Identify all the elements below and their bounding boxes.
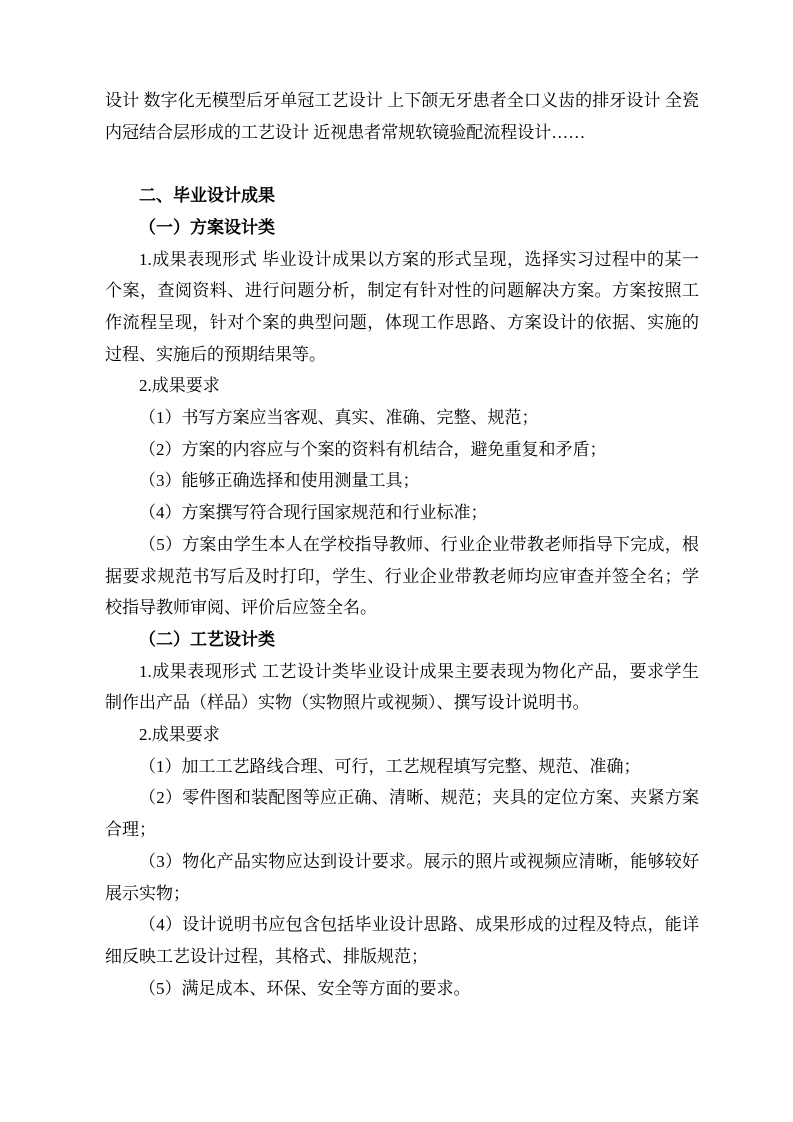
paragraph: 1.成果表现形式 工艺设计类毕业设计成果主要表现为物化产品，要求学生制作出产品（… [105,656,699,719]
section-heading: （二）工艺设计类 [105,624,699,656]
section-heading: （一）方案设计类 [105,212,699,244]
document-body: 设计 数字化无模型后牙单冠工艺设计 上下颌无牙患者全口义齿的排牙设计 全瓷内冠结… [105,85,699,1004]
paragraph: （1）加工工艺路线合理、可行，工艺规程填写完整、规范、准确； [105,751,699,783]
paragraph: 2.成果要求 [105,370,699,402]
paragraph: （5）方案由学生本人在学校指导教师、行业企业带教老师指导下完成，根据要求规范书写… [105,529,699,624]
blank-line [105,148,699,180]
paragraph: （2）方案的内容应与个案的资料有机结合，避免重复和矛盾； [105,434,699,466]
paragraph: 1.成果表现形式 毕业设计成果以方案的形式呈现，选择实习过程中的某一个案，查阅资… [105,244,699,371]
section-heading: 二、毕业设计成果 [105,180,699,212]
paragraph: （4）方案撰写符合现行国家规范和行业标准； [105,497,699,529]
paragraph: （3）能够正确选择和使用测量工具； [105,465,699,497]
paragraph: （3）物化产品实物应达到设计要求。展示的照片或视频应清晰，能够较好展示实物； [105,846,699,909]
paragraph: 2.成果要求 [105,719,699,751]
paragraph: 设计 数字化无模型后牙单冠工艺设计 上下颌无牙患者全口义齿的排牙设计 全瓷内冠结… [105,85,699,148]
paragraph: （1）书写方案应当客观、真实、准确、完整、规范； [105,402,699,434]
paragraph: （5）满足成本、环保、安全等方面的要求。 [105,973,699,1005]
document-page: 设计 数字化无模型后牙单冠工艺设计 上下颌无牙患者全口义齿的排牙设计 全瓷内冠结… [0,0,793,1122]
paragraph: （4）设计说明书应包含包括毕业设计思路、成果形成的过程及特点，能详细反映工艺设计… [105,909,699,972]
paragraph: （2）零件图和装配图等应正确、清晰、规范；夹具的定位方案、夹紧方案合理； [105,782,699,845]
